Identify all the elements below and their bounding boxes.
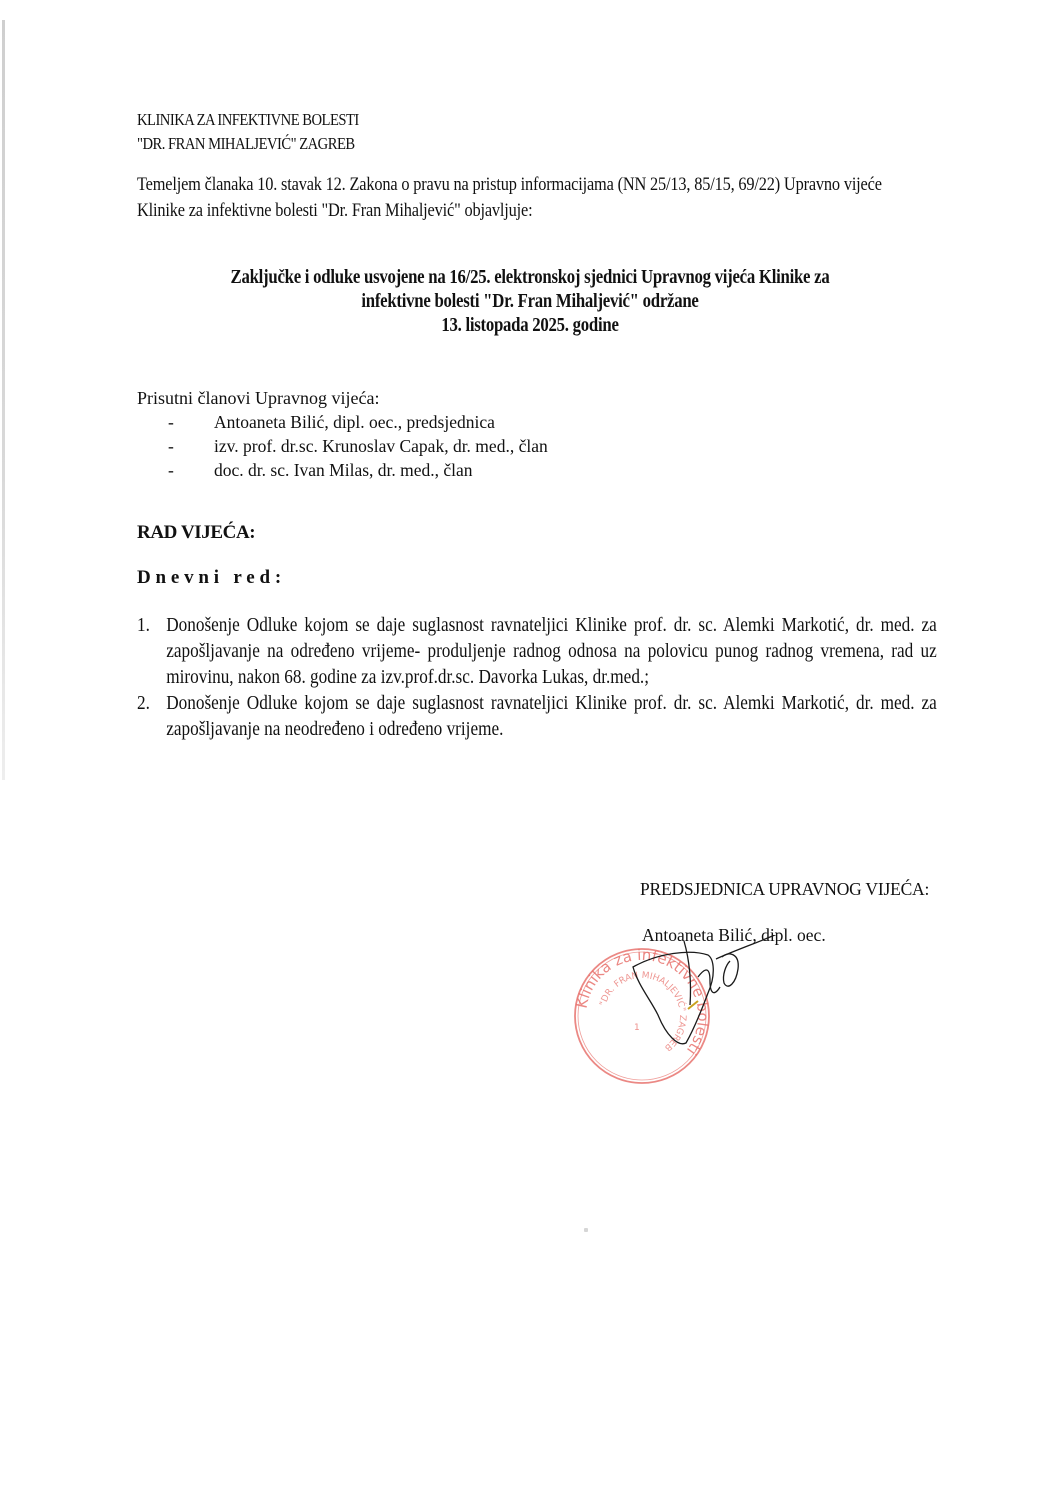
organization-header: KLINIKA ZA INFEKTIVNE BOLESTI "DR. FRAN …: [137, 108, 359, 156]
document-title: Zaključke i odluke usvojene na 16/25. el…: [100, 266, 960, 338]
title-line3: 13. listopada 2025. godine: [100, 314, 960, 338]
agenda-item-number: 1.: [137, 612, 150, 638]
scan-speck: [584, 1228, 588, 1232]
section-heading: RAD VIJEĆA:: [137, 522, 255, 544]
title-line2: infektivne bolesti "Dr. Fran Mihaljević"…: [100, 290, 960, 314]
member-item: doc. dr. sc. Ivan Milas, dr. med., član: [168, 458, 548, 482]
signatory-title: PREDSJEDNICA UPRAVNOG VIJEĆA:: [640, 879, 929, 900]
agenda-list: 1. Donošenje Odluke kojom se daje suglas…: [137, 612, 937, 742]
organization-name-line2: "DR. FRAN MIHALJEVIĆ" ZAGREB: [137, 132, 359, 156]
intro-paragraph: Temeljem članaka 10. stavak 12. Zakona o…: [137, 172, 928, 224]
members-list: Antoaneta Bilić, dipl. oec., predsjednic…: [168, 410, 548, 482]
member-item: Antoaneta Bilić, dipl. oec., predsjednic…: [168, 410, 548, 434]
agenda-item-text: Donošenje Odluke kojom se daje suglasnos…: [166, 614, 937, 688]
agenda-item-number: 2.: [137, 690, 150, 716]
agenda-item: 1. Donošenje Odluke kojom se daje suglas…: [137, 612, 937, 690]
organization-name-line1: KLINIKA ZA INFEKTIVNE BOLESTI: [137, 108, 359, 132]
agenda-heading: Dnevni red:: [137, 567, 286, 589]
member-item: izv. prof. dr.sc. Krunoslav Capak, dr. m…: [168, 434, 548, 458]
agenda-item-text: Donošenje Odluke kojom se daje suglasnos…: [166, 692, 937, 740]
agenda-item: 2. Donošenje Odluke kojom se daje suglas…: [137, 690, 937, 742]
title-line1: Zaključke i odluke usvojene na 16/25. el…: [100, 266, 960, 290]
members-label: Prisutni članovi Upravnog vijeća:: [137, 387, 379, 410]
scan-edge-line: [2, 20, 5, 780]
handwritten-signature-icon: [628, 935, 778, 1055]
